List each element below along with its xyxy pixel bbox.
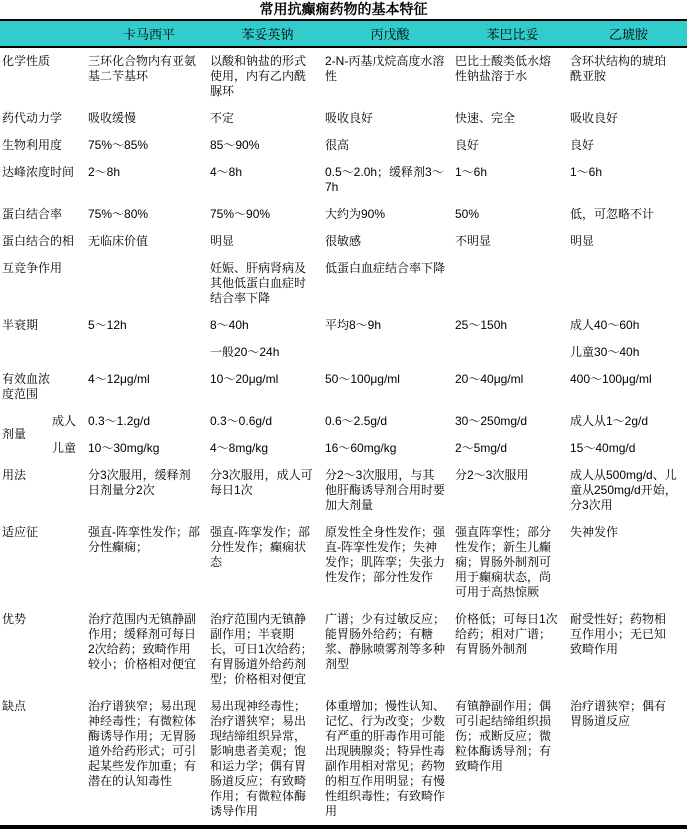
table-cell: 巴比士酸类低水熔性钠盐溶于水 [455,47,570,105]
table-cell: 16～60mg/kg [325,435,455,462]
table-cell: 50% [455,201,570,228]
table-body: 化学性质三环化合物内有亚氨基二苄基环以酸和钠盐的形式使用，内有乙内酰脲环2-N-… [0,47,687,827]
table-row: 优势治疗范围内无镇静副作用；缓释剂可每日2次给药；致畸作用较小；价格相对便宜治疗… [0,606,687,693]
table-cell: 价格低；可每日1次给药；相对广谱；有胃肠外制剂 [455,606,570,693]
table-cell: 失神发作 [570,519,687,606]
table-cell: 妊娠、肝病肾病及其他低蛋白血症时结合率下降 [210,255,325,312]
table-cell: 400～100μg/ml [570,366,687,408]
row-label: 剂量成人 [0,408,88,435]
table-cell: 低蛋白血症结合率下降 [325,255,455,312]
table-cell: 75%～90% [210,201,325,228]
table-cell: 分3次服用，成人可每日1次 [210,462,325,519]
table-cell: 5～12h [88,312,210,339]
table-cell: 无临床价值 [88,228,210,255]
table-cell: 很敏感 [325,228,455,255]
row-label: 互竞争作用 [0,255,88,312]
table-cell: 成人40～60h [570,312,687,339]
table-row: 药代动力学吸收缓慢不定吸收良好快速、完全吸收良好 [0,105,687,132]
table-cell: 快速、完全 [455,105,570,132]
table-cell: 30～250mg/d [455,408,570,435]
table-cell: 低，可忽略不计 [570,201,687,228]
table-cell: 体重增加；慢性认知、记忆、行为改变；少数有严重的肝毒作用可能出现胰腺炎；特异性毒… [325,693,455,827]
table-cell: 8～40h [210,312,325,339]
table-cell: 分2～3次服用 [455,462,570,519]
table-cell: 2～8h [88,159,210,201]
table-row: 生物利用度75%～85%85～90%很高良好良好 [0,132,687,159]
row-sublabel: 儿童 [52,441,76,455]
table-cell: 10～30mg/kg [88,435,210,462]
row-label: 达峰浓度时间 [0,159,88,201]
row-label-text: 剂量 [2,427,52,442]
table-cell: 以酸和钠盐的形式使用，内有乙内酰脲环 [210,47,325,105]
header-row: 卡马西平苯妥英钠丙戊酸苯巴比妥乙琥胺 [0,20,687,47]
table-cell: 良好 [570,132,687,159]
row-label: 化学性质 [0,47,88,105]
table-cell: 成人从1～2g/d [570,408,687,435]
table-cell: 1～6h [455,159,570,201]
table-cell: 10～20μg/ml [210,366,325,408]
table-cell: 广谱；少有过敏反应；能胃肠外给药；有糖浆、静脉喷雾剂等多种剂型 [325,606,455,693]
row-label: 优势 [0,606,88,693]
table-cell: 大约为90% [325,201,455,228]
table-row: 半衰期5～12h8～40h平均8～9h25～150h成人40～60h [0,312,687,339]
row-label [0,339,88,366]
table-row: 互竞争作用妊娠、肝病肾病及其他低蛋白血症时结合率下降低蛋白血症结合率下降 [0,255,687,312]
table-cell: 强直-阵挛性发作；部分性癫痫； [88,519,210,606]
table-row: 剂量成人0.3～1.2g/d0.3～0.6g/d0.6～2.5g/d30～250… [0,408,687,435]
table-cell: 20～40μg/ml [455,366,570,408]
table-row: 有效血浓 度范围4～12μg/ml10～20μg/ml50～100μg/ml20… [0,366,687,408]
table-cell: 吸收缓慢 [88,105,210,132]
row-label: 有效血浓 度范围 [0,366,88,408]
column-header: 乙琥胺 [570,20,687,47]
table-cell: 50～100μg/ml [325,366,455,408]
table-row: 化学性质三环化合物内有亚氨基二苄基环以酸和钠盐的形式使用，内有乙内酰脲环2-N-… [0,47,687,105]
table-cell: 平均8～9h [325,312,455,339]
table-cell [88,339,210,366]
row-label: 蛋白结合率 [0,201,88,228]
row-label-column-header [0,20,88,47]
table-cell: 75%～85% [88,132,210,159]
table-cell: 强直-阵挛发作；部分性发作；癫痫状态 [210,519,325,606]
table-cell: 明显 [210,228,325,255]
table-cell: 分3次服用，缓释剂日剂量分2次 [88,462,210,519]
column-header: 苯妥英钠 [210,20,325,47]
column-header: 丙戊酸 [325,20,455,47]
table-cell: 很高 [325,132,455,159]
table-cell: 强直阵挛性；部分性发作；新生儿癫痫；胃肠外制剂可用于癫痫状态，尚可用于高热惊厥 [455,519,570,606]
row-label: 用法 [0,462,88,519]
table-cell: 易出现神经毒性；治疗谱狭窄；易出现结缔组织异常，影响患者美观；饱和运力学；偶有胃… [210,693,325,827]
table-cell: 0.3～0.6g/d [210,408,325,435]
table-cell: 含环状结构的琥珀酰亚胺 [570,47,687,105]
table-row: 蛋白结合的相无临床价值明显很敏感不明显明显 [0,228,687,255]
table-cell: 4～8h [210,159,325,201]
table-cell: 15～40mg/d [570,435,687,462]
row-label: 蛋白结合的相 [0,228,88,255]
table-cell [455,339,570,366]
table-row: 适应征强直-阵挛性发作；部分性癫痫；强直-阵挛发作；部分性发作；癫痫状态原发性全… [0,519,687,606]
table-cell: 不定 [210,105,325,132]
row-label: 缺点 [0,693,88,827]
table-cell: 不明显 [455,228,570,255]
table-cell [325,339,455,366]
row-sublabel: 成人 [52,414,76,428]
table-row: 用法分3次服用，缓释剂日剂量分2次分3次服用，成人可每日1次分2～3次服用，与其… [0,462,687,519]
table-cell: 治疗范围内无镇静副作用；缓释剂可每日2次给药；致畸作用较小；价格相对便宜 [88,606,210,693]
table-cell: 75%～80% [88,201,210,228]
table-cell: 治疗范围内无镇静副作用；半衰期长，可日1次给药；有胃肠道外给药剂型；价格相对便宜 [210,606,325,693]
table-cell: 0.6～2.5g/d [325,408,455,435]
column-header: 苯巴比妥 [455,20,570,47]
page-title: 常用抗癫痫药物的基本特征 [0,0,687,19]
table-cell: 分2～3次服用，与其他肝酶诱导剂合用时要加大剂量 [325,462,455,519]
drug-table-page: 常用抗癫痫药物的基本特征 卡马西平苯妥英钠丙戊酸苯巴比妥乙琥胺 化学性质三环化合… [0,0,687,832]
table-cell: 耐受性好；药物相互作用小；无已知致畸作用 [570,606,687,693]
table-cell: 25～150h [455,312,570,339]
table-cell [455,255,570,312]
table-row: 一般20～24h儿童30～40h [0,339,687,366]
table-cell: 有镇静副作用；偶可引起结缔组织损伤；戒断反应；微粒体酶诱导剂；有致畸作用 [455,693,570,827]
table-cell: 1～6h [570,159,687,201]
table-header: 卡马西平苯妥英钠丙戊酸苯巴比妥乙琥胺 [0,20,687,47]
table-row: 达峰浓度时间2～8h4～8h0.5～2.0h；缓释剂3～7h1～6h1～6h [0,159,687,201]
row-label: 半衰期 [0,312,88,339]
table-cell: 4～12μg/ml [88,366,210,408]
row-label: 药代动力学 [0,105,88,132]
table-cell: 吸收良好 [570,105,687,132]
table-row: 缺点治疗谱狭窄；易出现神经毒性；有微粒体酶诱导作用；无胃肠道外给药形式；可引起某… [0,693,687,827]
table-cell: 2～5mg/d [455,435,570,462]
table-cell: 0.3～1.2g/d [88,408,210,435]
table-cell: 良好 [455,132,570,159]
table-cell: 吸收良好 [325,105,455,132]
table-cell: 成人从500mg/d、儿童从250mg/d开始，分3次用 [570,462,687,519]
table-cell: 0.5～2.0h；缓释剂3～7h [325,159,455,201]
table-cell: 治疗谱狭窄；偶有胃肠道反应 [570,693,687,827]
table-cell: 明显 [570,228,687,255]
table-cell: 85～90% [210,132,325,159]
table-cell [570,255,687,312]
table-cell: 2-N-丙基戊烷高度水溶性 [325,47,455,105]
table-cell [88,255,210,312]
table-cell: 治疗谱狭窄；易出现神经毒性；有微粒体酶诱导作用；无胃肠道外给药形式；可引起某些发… [88,693,210,827]
table-cell: 一般20～24h [210,339,325,366]
table-cell: 三环化合物内有亚氨基二苄基环 [88,47,210,105]
column-header: 卡马西平 [88,20,210,47]
table-cell: 4～8mg/kg [210,435,325,462]
drug-comparison-table: 卡马西平苯妥英钠丙戊酸苯巴比妥乙琥胺 化学性质三环化合物内有亚氨基二苄基环以酸和… [0,19,687,829]
table-row: 儿童10～30mg/kg4～8mg/kg16～60mg/kg2～5mg/d15～… [0,435,687,462]
row-label: 生物利用度 [0,132,88,159]
table-row: 蛋白结合率75%～80%75%～90%大约为90%50%低，可忽略不计 [0,201,687,228]
row-label: 适应征 [0,519,88,606]
table-cell: 儿童30～40h [570,339,687,366]
table-cell: 原发性全身性发作；强直-阵挛性发作；失神发作；肌阵挛；失张力性发作；部分性发作 [325,519,455,606]
